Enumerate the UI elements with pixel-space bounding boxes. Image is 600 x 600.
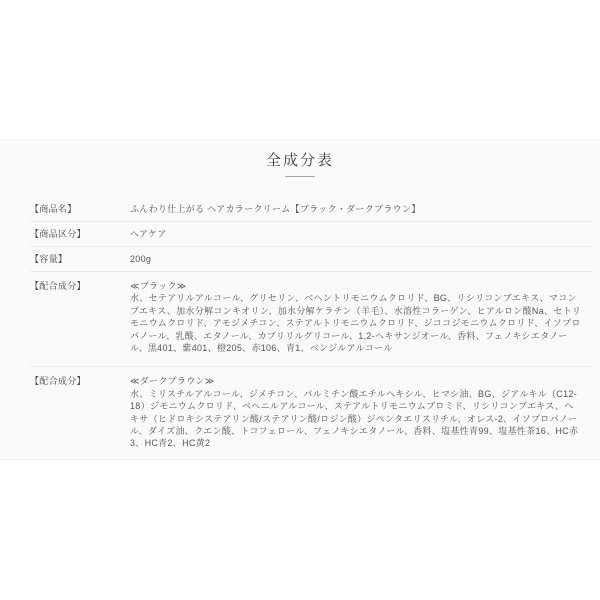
title-underline xyxy=(285,176,315,177)
row-value-ingredients-black: ≪ブラック≫ 水、セテアリルアルコール、グリセリン、ベヘントリモニウムクロリド、… xyxy=(130,280,582,354)
ingredients-list-dark-brown: 水、ミリスチルアルコール、ジメチコン、パルミチン酸エチルヘキシル、ヒマシ油、BG… xyxy=(130,389,578,449)
variant-name-black: ≪ブラック≫ xyxy=(130,280,582,292)
row-value-product-name: ふんわり仕上がる ヘアカラークリーム【ブラック・ダークブラウン】 xyxy=(130,204,421,214)
row-label-product-category: 【商品区分】 xyxy=(30,229,130,239)
row-label-ingredients-dark-brown: 【配合成分】 xyxy=(30,375,130,387)
spec-table: 【商品名】 ふんわり仕上がる ヘアカラークリーム【ブラック・ダークブラウン】 【… xyxy=(30,197,592,450)
row-value-capacity: 200g xyxy=(130,254,151,264)
table-row-ingredients-black: 【配合成分】 ≪ブラック≫ 水、セテアリルアルコール、グリセリン、ベヘントリモニ… xyxy=(30,271,592,366)
row-label-product-name: 【商品名】 xyxy=(30,204,130,214)
full-ingredients-panel: 全成分表 【商品名】 ふんわり仕上がる ヘアカラークリーム【ブラック・ダークブラ… xyxy=(0,139,600,460)
row-label-ingredients-black: 【配合成分】 xyxy=(30,280,130,292)
ingredients-list-black: 水、セテアリルアルコール、グリセリン、ベヘントリモニウムクロリド、BG、リシリコ… xyxy=(130,293,581,353)
variant-name-dark-brown: ≪ダークブラウン≫ xyxy=(130,375,582,387)
row-value-ingredients-dark-brown: ≪ダークブラウン≫ 水、ミリスチルアルコール、ジメチコン、パルミチン酸エチルヘキ… xyxy=(130,375,582,449)
table-row-product-category: 【商品区分】 ヘアケア xyxy=(30,221,592,246)
table-row-product-name: 【商品名】 ふんわり仕上がる ヘアカラークリーム【ブラック・ダークブラウン】 xyxy=(30,197,592,221)
panel-title: 全成分表 xyxy=(0,153,600,169)
table-row-ingredients-dark-brown: 【配合成分】 ≪ダークブラウン≫ 水、ミリスチルアルコール、ジメチコン、パルミチ… xyxy=(30,366,592,449)
table-row-capacity: 【容量】 200g xyxy=(30,246,592,271)
row-label-capacity: 【容量】 xyxy=(30,254,130,264)
row-value-product-category: ヘアケア xyxy=(130,229,167,239)
